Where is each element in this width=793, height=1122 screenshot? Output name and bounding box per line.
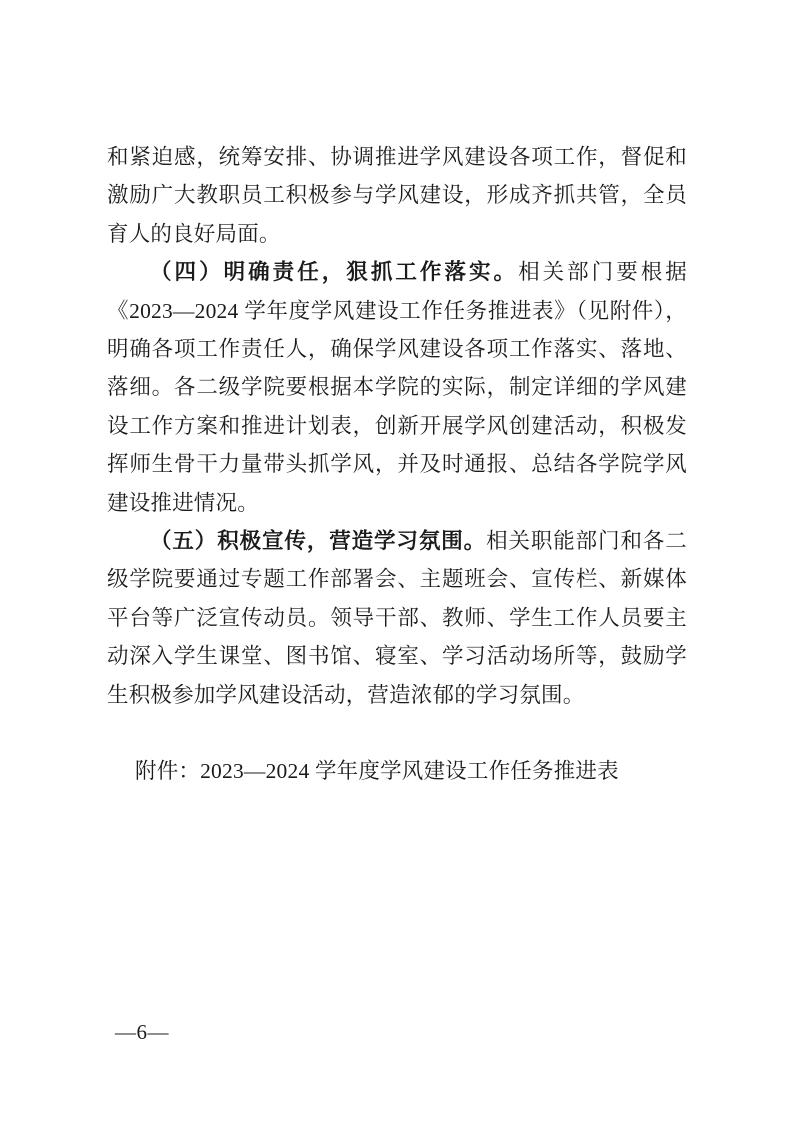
document-page: 和紧迫感，统筹安排、协调推进学风建设各项工作，督促和激励广大教职员工积极参与学风…: [0, 0, 793, 1122]
paragraph-text: 和紧迫感，统筹安排、协调推进学风建设各项工作，督促和激励广大教职员工积极参与学风…: [107, 145, 687, 246]
paragraph-continuation: 和紧迫感，统筹安排、协调推进学风建设各项工作，督促和激励广大教职员工积极参与学风…: [107, 138, 687, 253]
page-number: —6—: [115, 1018, 169, 1046]
attachment-line: 附件：2023—2024 学年度学风建设工作任务推进表: [107, 752, 687, 790]
paragraph-text: 相关职能部门和各二级学院要通过专题工作部署会、主题班会、宣传栏、新媒体平台等广泛…: [107, 529, 687, 707]
document-body: 和紧迫感，统筹安排、协调推进学风建设各项工作，督促和激励广大教职员工积极参与学风…: [107, 138, 687, 791]
section-heading-5: （五）积极宣传，营造学习氛围。: [150, 529, 486, 553]
section-heading-4: （四）明确责任，狠抓工作落实。: [150, 260, 518, 284]
paragraph-section-4: （四）明确责任，狠抓工作落实。相关部门要根据《2023—2024 学年度学风建设…: [107, 253, 687, 522]
paragraph-section-5: （五）积极宣传，营造学习氛围。相关职能部门和各二级学院要通过专题工作部署会、主题…: [107, 522, 687, 714]
paragraph-text: 相关部门要根据《2023—2024 学年度学风建设工作任务推进表》（见附件），明…: [107, 260, 687, 514]
